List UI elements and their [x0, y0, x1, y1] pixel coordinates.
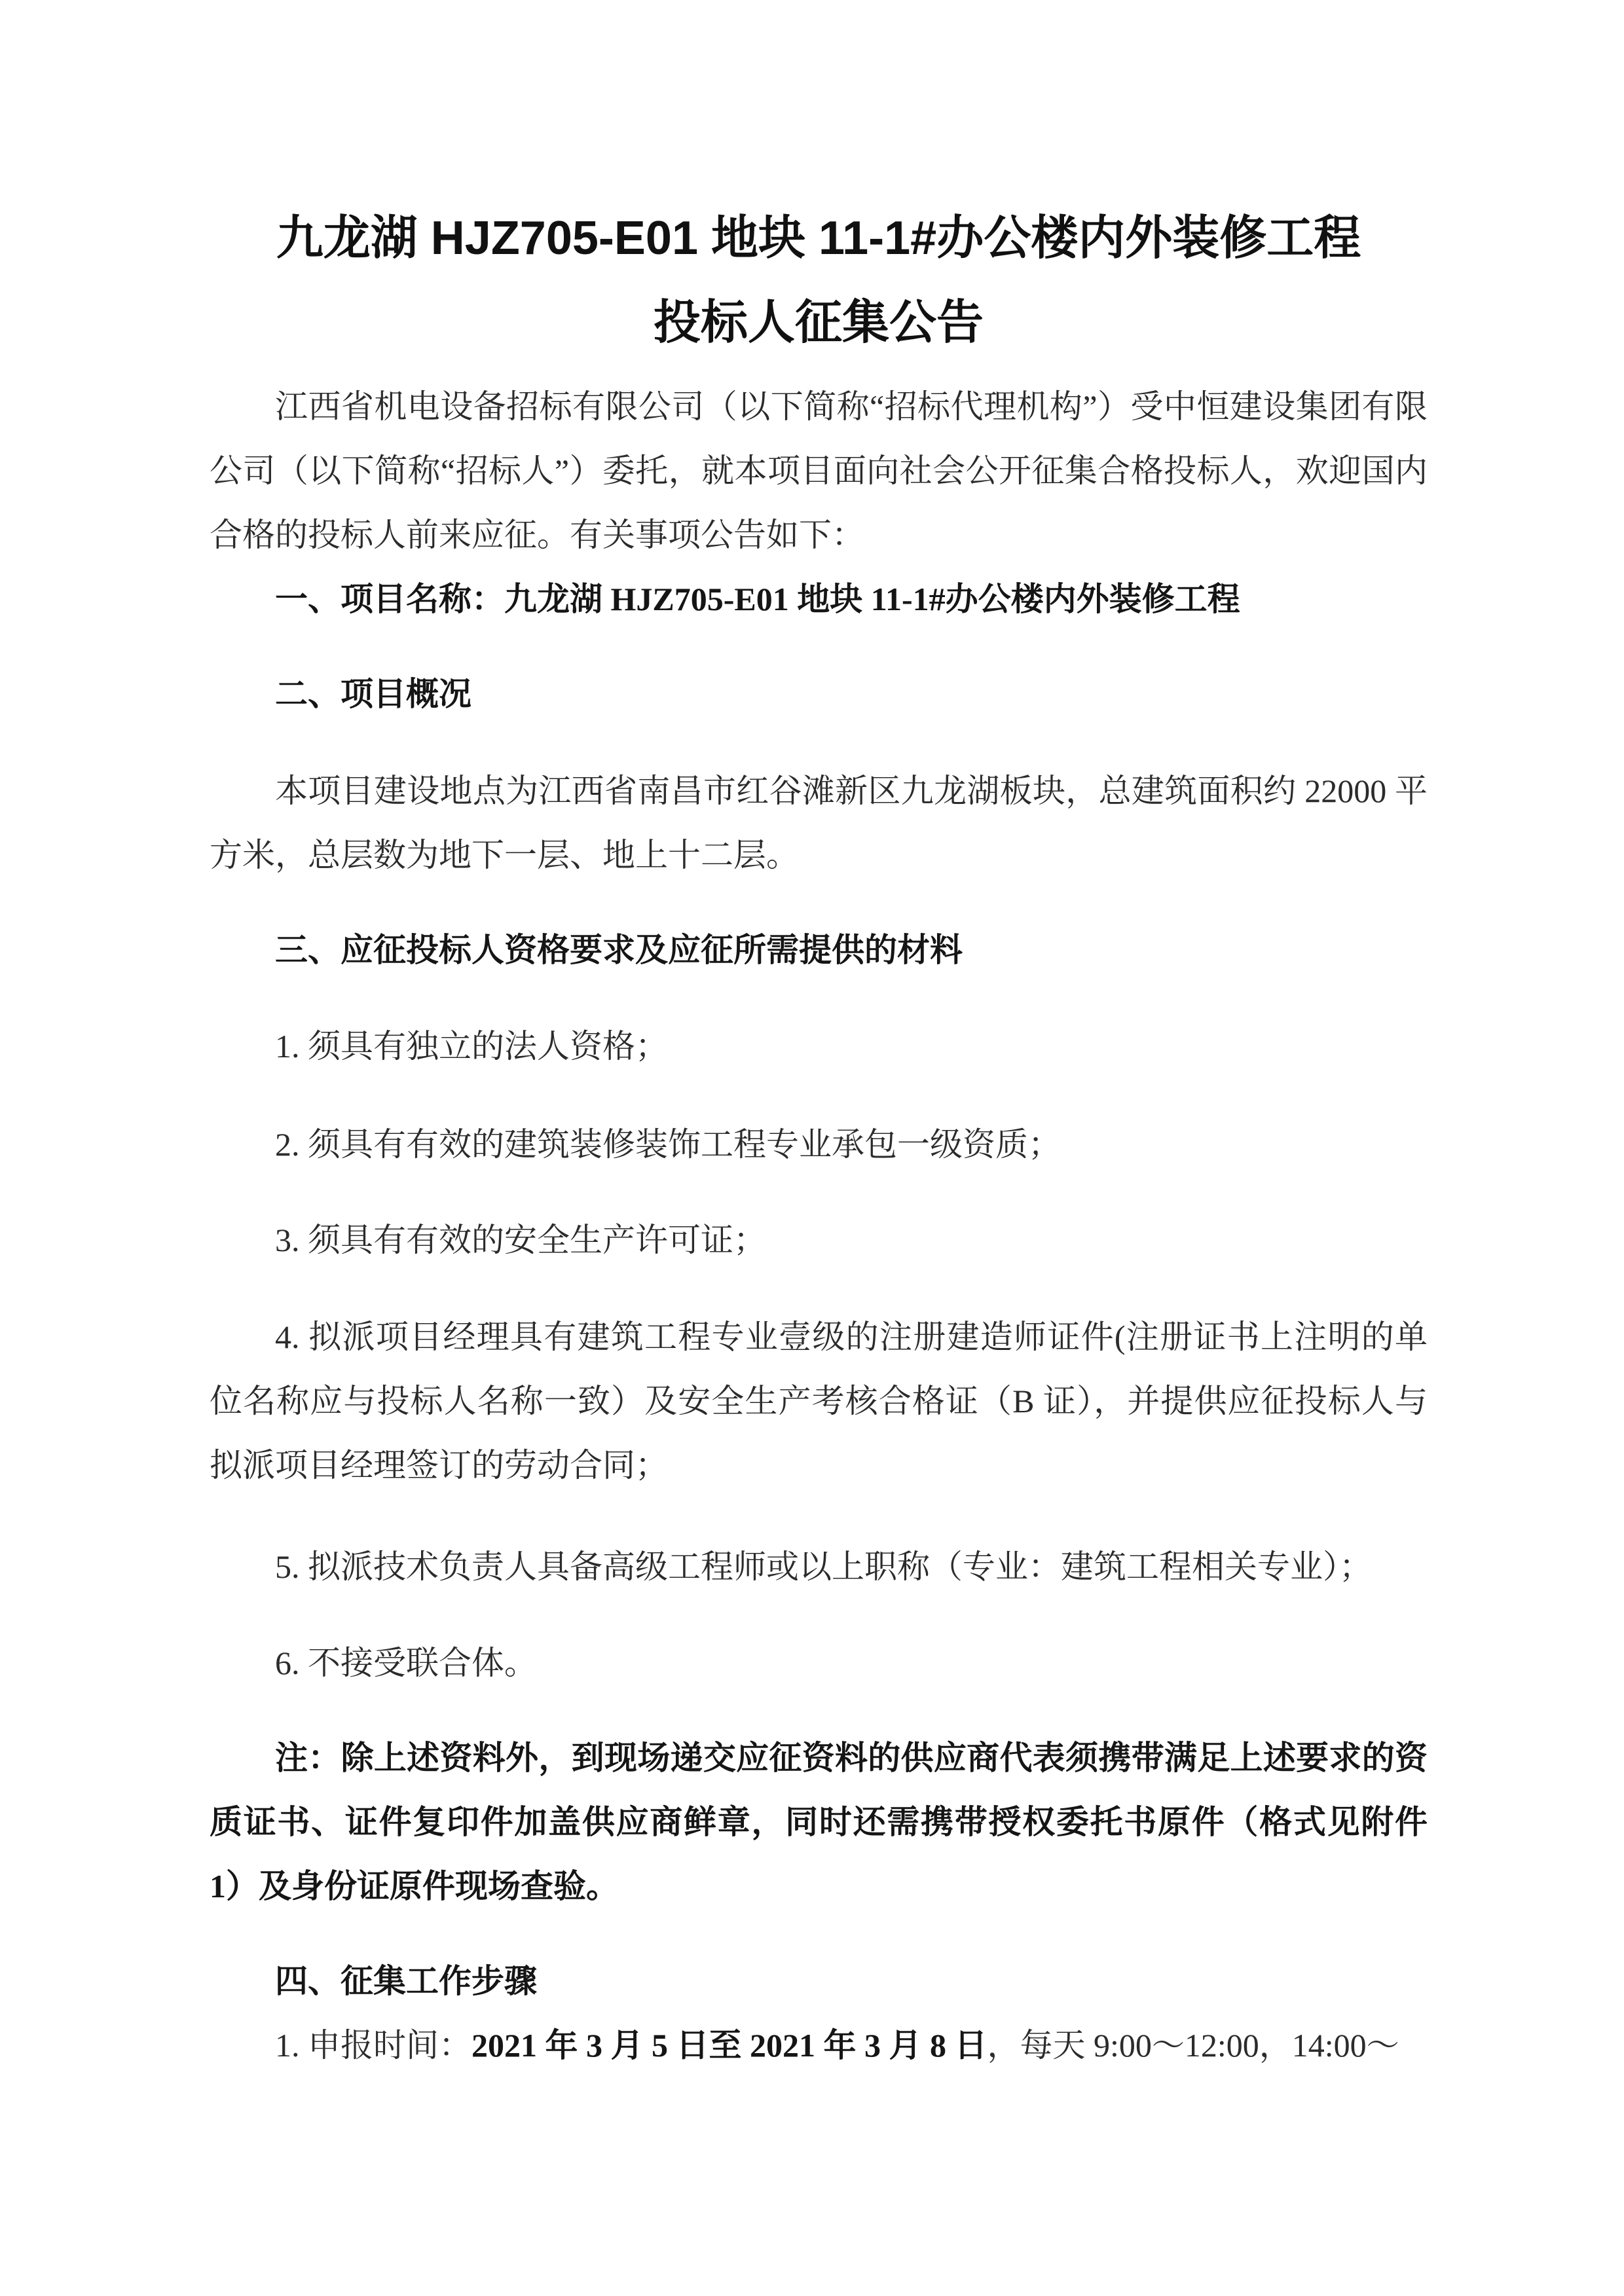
qualification-item-3: 3. 须具有有效的安全生产许可证；: [210, 1208, 1428, 1272]
scanned-document-page: 九龙湖 HJZ705-E01 地块 11-1#办公楼内外装修工程 投标人征集公告…: [0, 0, 1624, 2296]
step-1-line: 1. 申报时间：2021 年 3 月 5 日至 2021 年 3 月 8 日，每…: [210, 2013, 1428, 2077]
section-2-heading: 二、项目概况: [210, 662, 1428, 726]
section-1-heading: 一、项目名称：九龙湖 HJZ705-E01 地块 11-1#办公楼内外装修工程: [210, 567, 1428, 631]
title-line-2: 投标人征集公告: [210, 281, 1428, 365]
qualification-item-1: 1. 须具有独立的法人资格；: [210, 1014, 1428, 1078]
document-title: 九龙湖 HJZ705-E01 地块 11-1#办公楼内外装修工程 投标人征集公告: [210, 196, 1428, 365]
intro-paragraph: 江西省机电设备招标有限公司（以下简称“招标代理机构”）受中恒建设集团有限公司（以…: [210, 374, 1428, 567]
project-overview-paragraph: 本项目建设地点为江西省南昌市红谷滩新区九龙湖板块，总建筑面积约 22000 平方…: [210, 759, 1428, 887]
step-1-label: 1. 申报时间：: [275, 2027, 471, 2064]
qualification-item-6: 6. 不接受联合体。: [210, 1631, 1428, 1695]
qualification-item-5: 5. 拟派技术负责人具备高级工程师或以上职称（专业：建筑工程相关专业）；: [210, 1535, 1428, 1599]
title-line-1: 九龙湖 HJZ705-E01 地块 11-1#办公楼内外装修工程: [210, 196, 1428, 281]
qualification-item-4: 4. 拟派项目经理具有建筑工程专业壹级的注册建造师证件(注册证书上注明的单位名称…: [210, 1305, 1428, 1497]
step-1-dates: 2021 年 3 月 5 日至 2021 年 3 月 8 日: [471, 2027, 987, 2064]
section-4-heading: 四、征集工作步骤: [210, 1949, 1428, 2013]
document-content: 九龙湖 HJZ705-E01 地块 11-1#办公楼内外装修工程 投标人征集公告…: [210, 196, 1428, 2077]
section-3-heading: 三、应征投标人资格要求及应征所需提供的材料: [210, 918, 1428, 982]
note-paragraph: 注：除上述资料外，到现场递交应征资料的供应商代表须携带满足上述要求的资质证书、证…: [210, 1726, 1428, 1918]
qualification-item-2: 2. 须具有有效的建筑装修装饰工程专业承包一级资质；: [210, 1112, 1428, 1176]
step-1-tail: ，每天 9:00～12:00，14:00～: [987, 2027, 1399, 2064]
